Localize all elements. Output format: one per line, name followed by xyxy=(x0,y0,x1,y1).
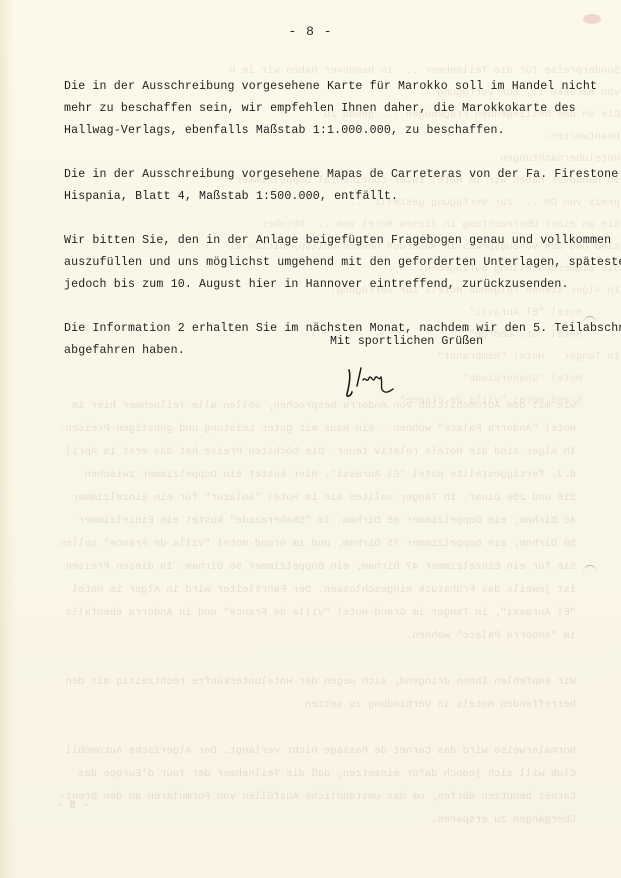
text-line: Wir bitten Sie, den in der Anlage beigef… xyxy=(64,230,604,252)
text-line: Die in der Ausschreibung vorgesehene Map… xyxy=(64,164,604,186)
closing-salutation: Mit sportlichen Grüßen xyxy=(330,335,483,348)
text-line: Hallwag-Verlags, ebenfalls Maßstab 1:1.0… xyxy=(64,120,604,142)
paragraph-questionnaire: Wir bitten Sie, den in der Anlage beigef… xyxy=(64,230,604,296)
paper-stain xyxy=(583,14,601,24)
bleed-through-footer: - 8 - xyxy=(56,800,89,812)
paper-edge xyxy=(0,0,14,878)
text-line: jedoch bis zum 10. August hier in Hannov… xyxy=(64,274,604,296)
text-line: mehr zu beschaffen sein, wir empfehlen I… xyxy=(64,98,604,120)
punch-hole-mark xyxy=(583,565,597,580)
bleed-through-text: Wie mit dem Automobilclub von Andorra be… xyxy=(56,395,576,832)
text-line: auszufüllen und uns möglichst umgehend m… xyxy=(64,252,604,274)
text-line: Die in der Ausschreibung vorgesehene Kar… xyxy=(64,76,604,98)
paragraph-mapas-carreteras: Die in der Ausschreibung vorgesehene Map… xyxy=(64,164,604,208)
signature xyxy=(343,362,403,402)
page-number: - 8 - xyxy=(0,24,621,39)
paragraph-map-morocco: Die in der Ausschreibung vorgesehene Kar… xyxy=(64,76,604,142)
text-line: Hispania, Blatt 4, Maßstab 1:500.000, en… xyxy=(64,186,604,208)
document-page: Sonderpreise für die Teilnehmer ... in H… xyxy=(0,0,621,878)
